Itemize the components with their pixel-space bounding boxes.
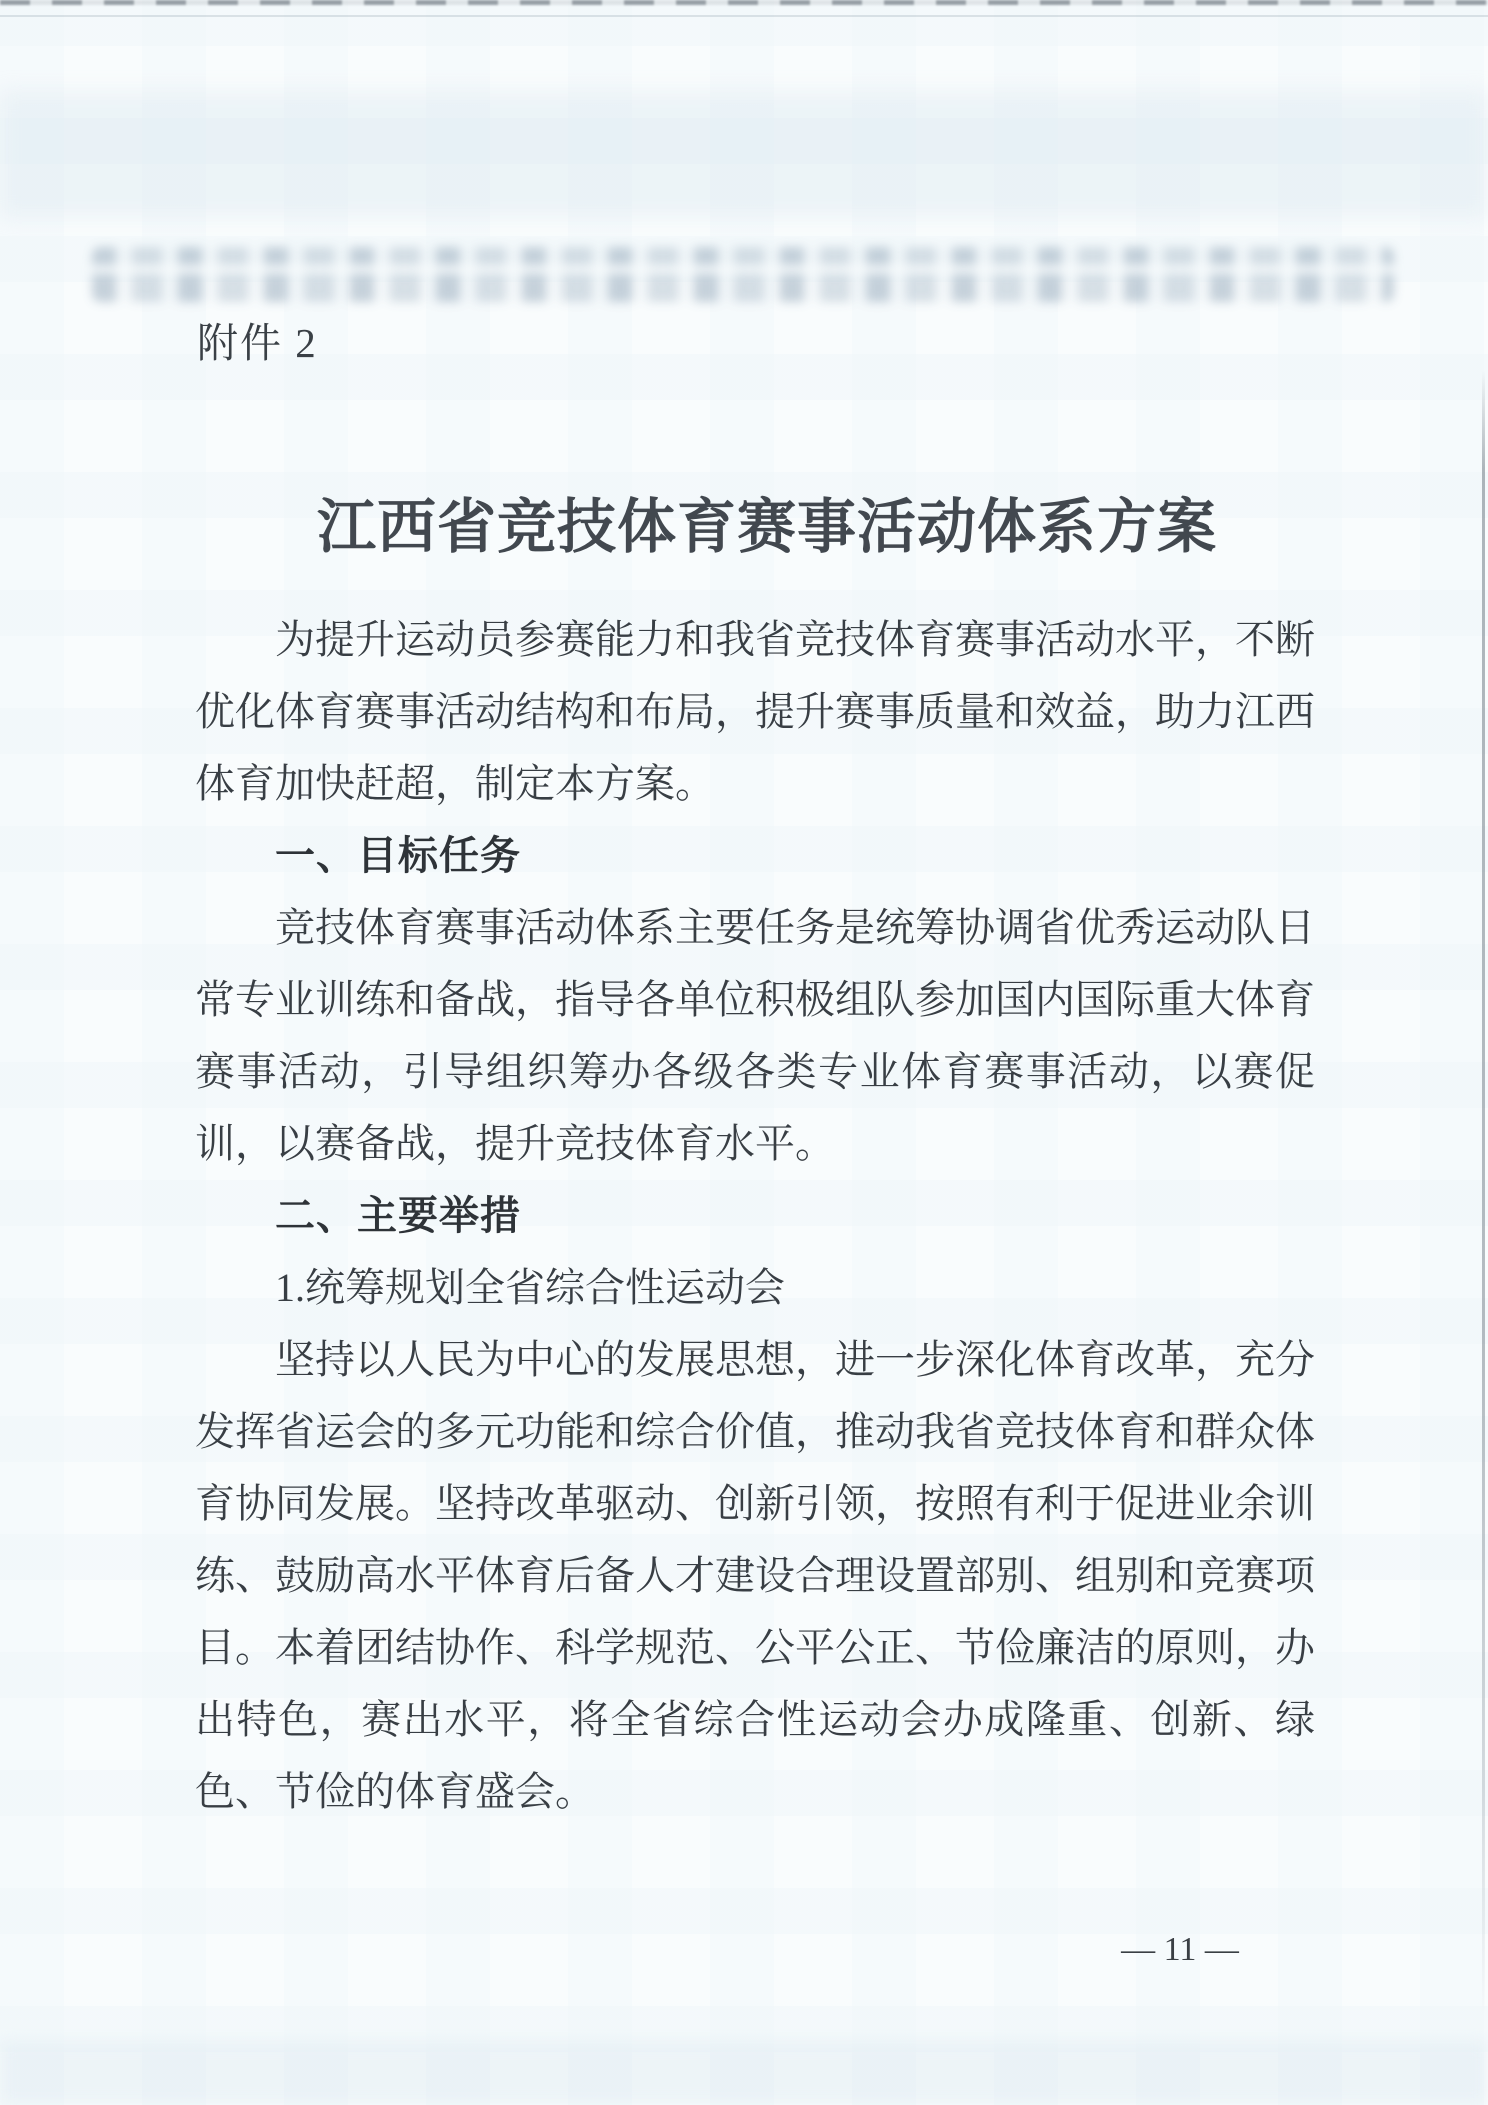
scanned-document-page: 附件 2 江西省竞技体育赛事活动体系方案 为提升运动员参赛能力和我省竞技体育赛事…	[0, 0, 1488, 2105]
section-1-paragraph: 竞技体育赛事活动体系主要任务是统筹协调省优秀运动队日常专业训练和备战，指导各单位…	[195, 892, 1315, 1180]
bleedthrough-text-band	[92, 247, 1394, 302]
scan-hairline-artifact	[0, 15, 1488, 17]
bleedthrough-bottom-band	[0, 2042, 1488, 2105]
attachment-label: 附件 2	[197, 318, 318, 368]
page-number: — 11 —	[1095, 1928, 1265, 1972]
section-1-heading: 一、目标任务	[195, 820, 1315, 892]
intro-paragraph: 为提升运动员参赛能力和我省竞技体育赛事活动水平，不断优化体育赛事活动结构和布局，…	[195, 604, 1315, 820]
bleedthrough-wash-band	[0, 92, 1488, 217]
document-title: 江西省竞技体育赛事活动体系方案	[207, 488, 1327, 566]
measure-1-label: 1.统筹规划全省综合性运动会	[195, 1252, 1315, 1324]
scan-top-edge-artifact	[0, 0, 1488, 5]
measure-1-paragraph: 坚持以人民为中心的发展思想，进一步深化体育改革，充分发挥省运会的多元功能和综合价…	[195, 1324, 1315, 1828]
section-2-heading: 二、主要举措	[195, 1180, 1315, 1252]
scan-right-edge-artifact	[1482, 370, 1485, 2015]
document-body: 为提升运动员参赛能力和我省竞技体育赛事活动水平，不断优化体育赛事活动结构和布局，…	[195, 604, 1315, 1828]
